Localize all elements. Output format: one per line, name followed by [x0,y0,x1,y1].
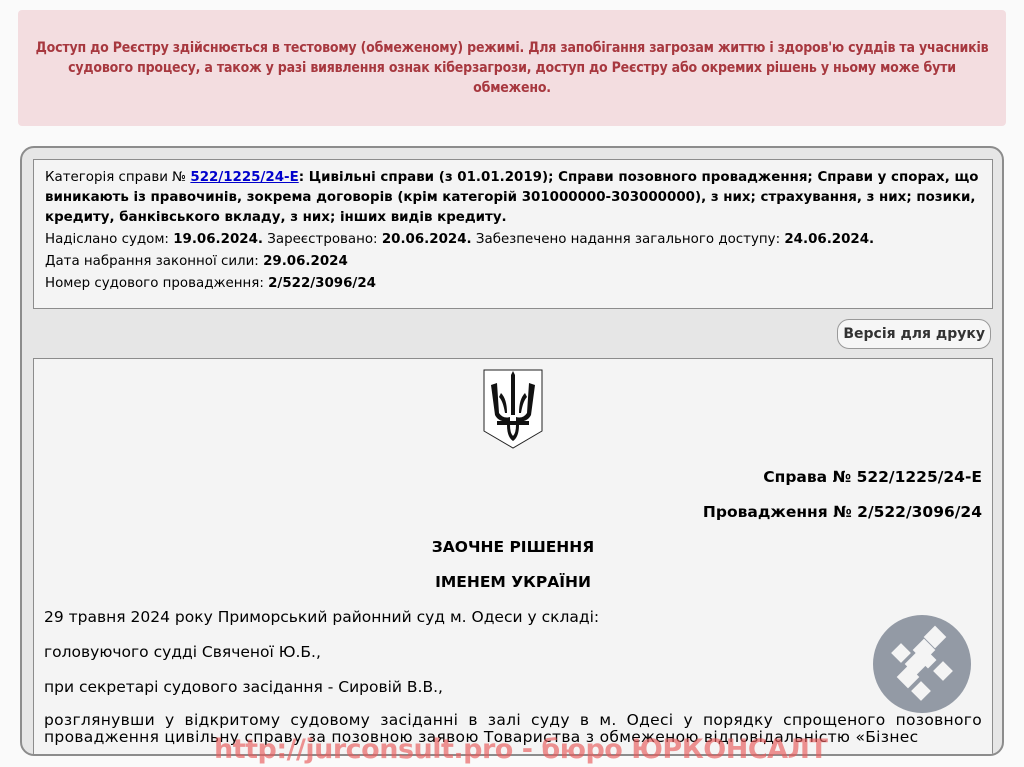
access-notice-banner: Доступ до Реєстру здійснюється в тестово… [18,10,1006,126]
print-version-button[interactable]: Версія для друку [837,319,991,349]
proceeding-number: 2/522/3096/24 [268,276,376,291]
access-notice-text: Доступ до Реєстру здійснюється в тестово… [34,38,990,98]
paragraph: головуючого судді Свяченої Ю.Б., [44,642,982,662]
proceeding-number-row: Номер судового провадження: 2/522/3096/2… [45,274,981,294]
watermark-logo-icon [870,614,974,714]
decision-document: Справа № 522/1225/24-Е Провадження № 2/5… [33,358,993,756]
paragraph: 29 травня 2024 року Приморський районний… [44,607,982,627]
public-access-date: 24.06.2024. [784,232,874,247]
effective-date: 29.06.2024 [263,254,348,269]
proceeding-number-heading: Провадження № 2/522/3096/24 [44,502,982,522]
coat-of-arms-icon [483,369,543,449]
sent-date: 19.06.2024. [173,232,263,247]
decision-title: ЗАОЧНЕ РІШЕННЯ [44,537,982,557]
decision-subtitle: ІМЕНЕМ УКРАЇНИ [44,572,982,592]
case-category: Категорія справи № 522/1225/24-Е: Цивіль… [45,168,981,228]
registered-date: 20.06.2024. [382,232,472,247]
case-info-panel: Категорія справи № 522/1225/24-Е: Цивіль… [33,159,993,309]
case-number-heading: Справа № 522/1225/24-Е [44,467,982,487]
decision-frame: Категорія справи № 522/1225/24-Е: Цивіль… [20,146,1004,756]
effective-date-row: Дата набрання законної сили: 29.06.2024 [45,252,981,272]
case-dates: Надіслано судом: 19.06.2024. Зареєстрова… [45,230,981,250]
paragraph: при секретарі судового засідання - Сиров… [44,677,982,697]
watermark-text: http://jurconsult.pro - бюро ЮРКОНСАЛТ [214,734,827,765]
case-number-link[interactable]: 522/1225/24-Е [190,170,298,185]
